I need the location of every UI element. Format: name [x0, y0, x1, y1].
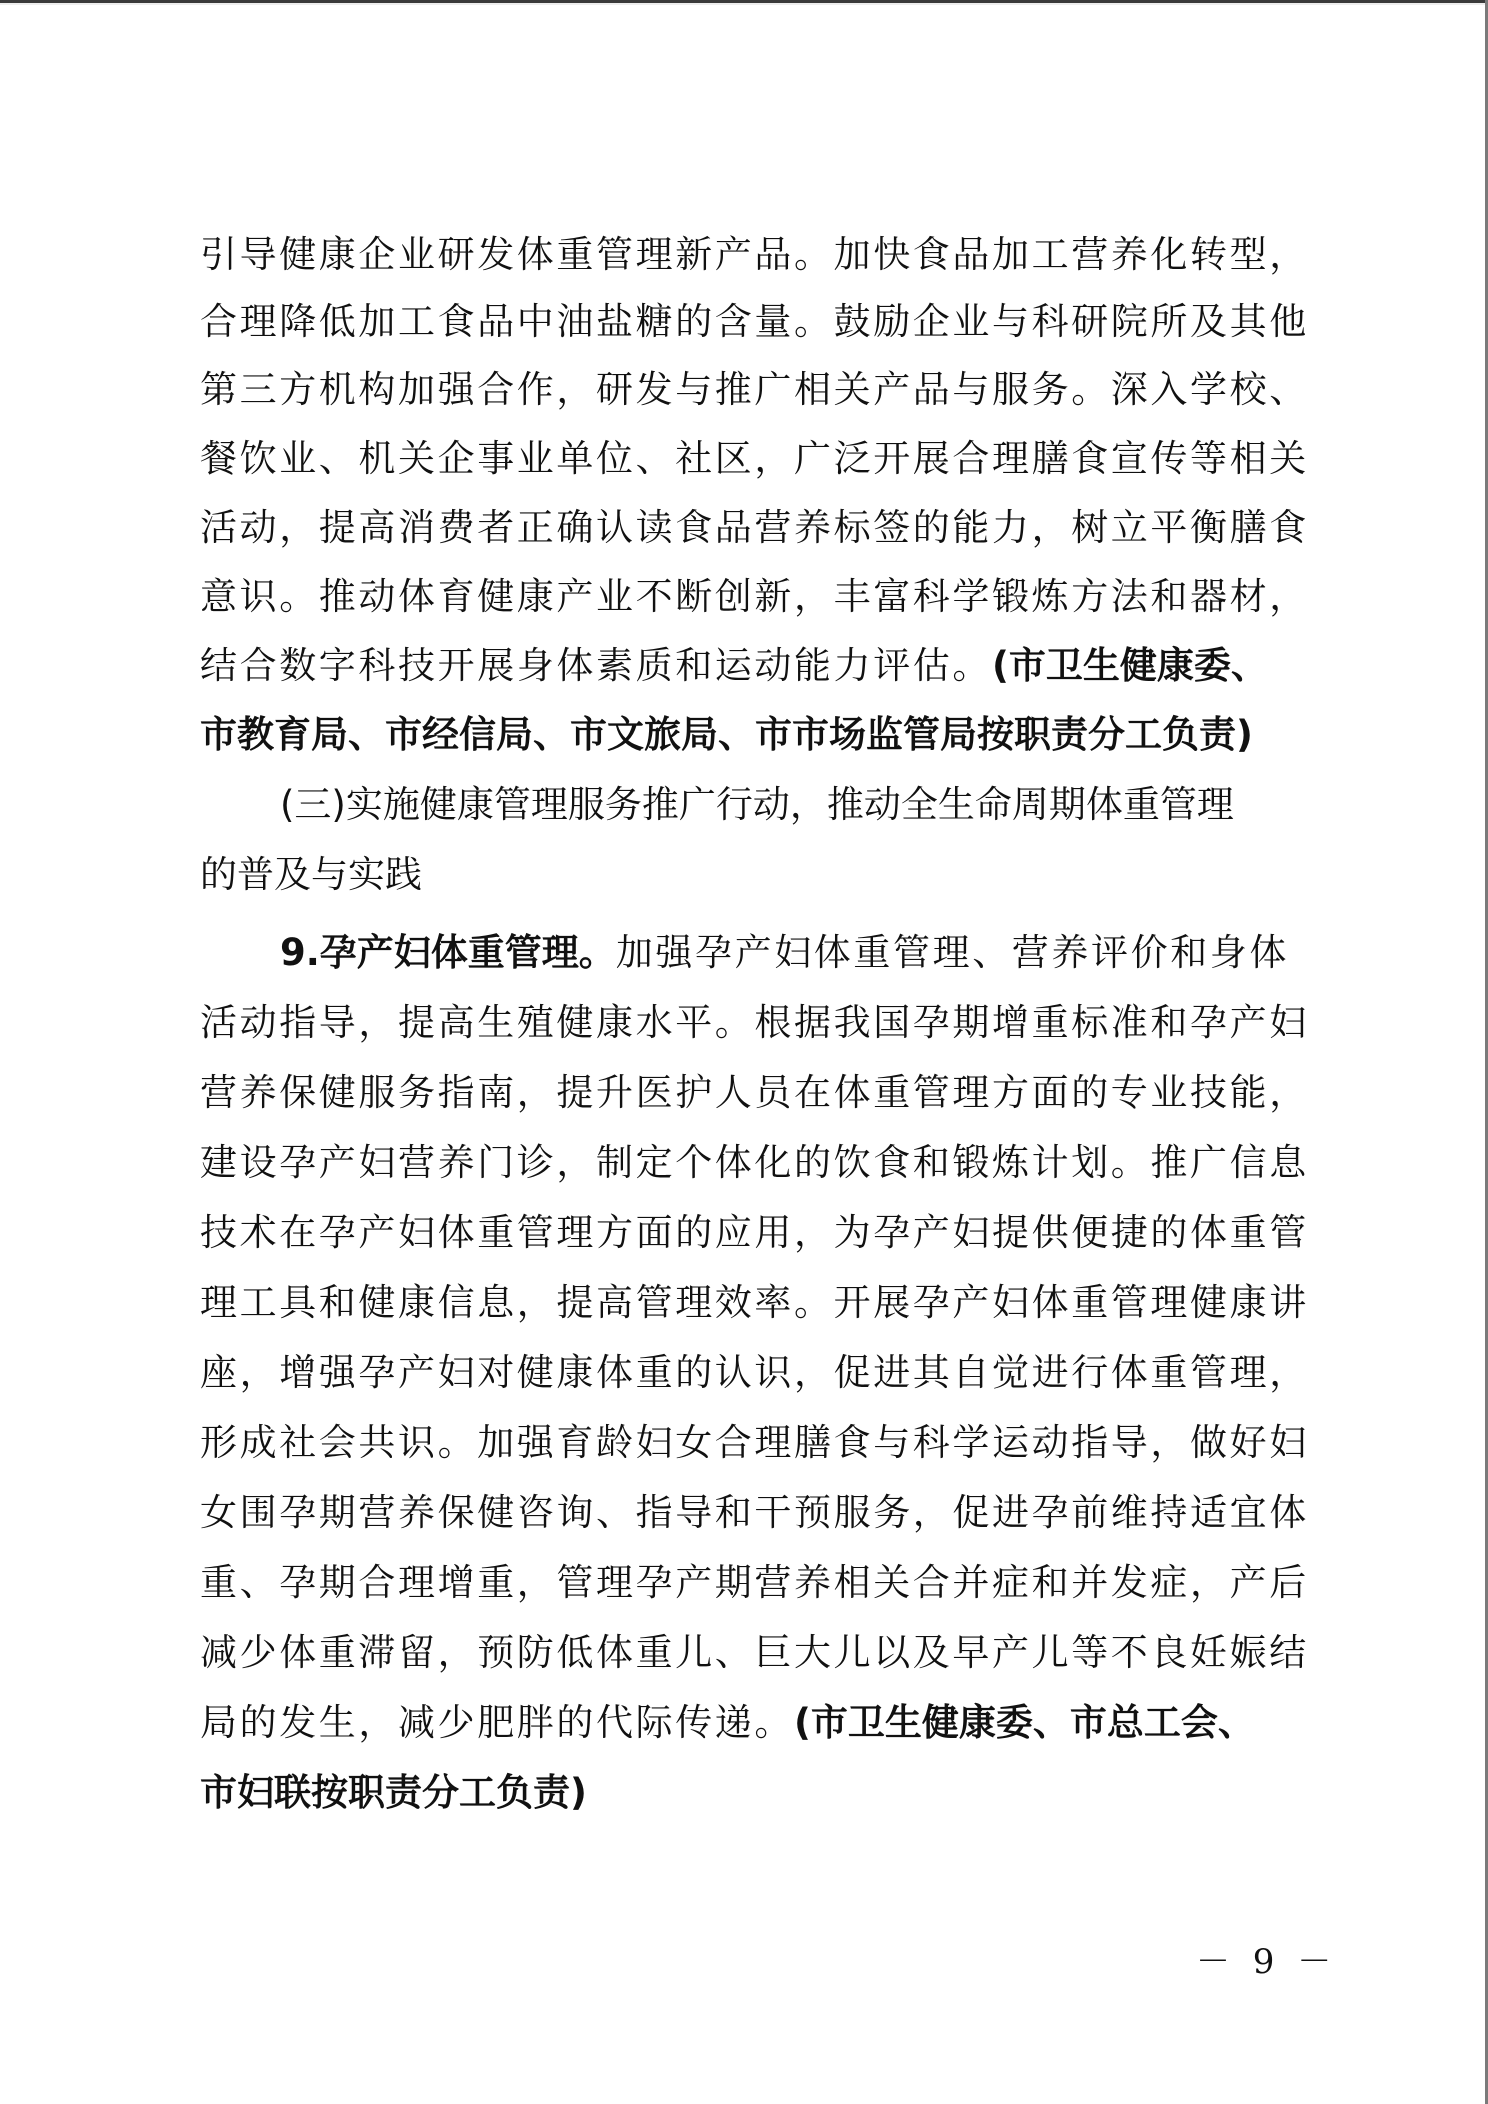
text-segment: 合理降低加工食品中油盐糖的含量。鼓励企业与科研院所及其他 — [200, 300, 1309, 343]
body-line-8: 市教育局、市经信局、市文旅局、市市场监管局按职责分工负责) — [200, 710, 1310, 760]
body-line-19: 女围孕期营养保健咨询、指导和干预服务，促进孕前维持适宜体 — [200, 1488, 1310, 1538]
body-line-21: 减少体重滞留，预防低体重儿、巨大儿以及早产儿等不良妊娠结 — [200, 1628, 1310, 1678]
body-line-14: 建设孕产妇营养门诊，制定个体化的饮食和锻炼计划。推广信息 — [200, 1138, 1310, 1188]
text-segment: 女围孕期营养保健咨询、指导和干预服务，促进孕前维持适宜体 — [200, 1491, 1309, 1534]
item-9-line-1: 9.孕产妇体重管理。加强孕产妇体重管理、营养评价和身体 — [280, 928, 1310, 978]
text-segment: 局的发生，减少肥胖的代际传递。 — [200, 1701, 794, 1744]
section-heading: (三)实施健康管理服务推广行动，推动全生命周期体重管理 — [280, 783, 1234, 826]
text-segment: 活动指导，提高生殖健康水平。根据我国孕期增重标准和孕产妇 — [200, 1001, 1309, 1044]
body-line-2: 合理降低加工食品中油盐糖的含量。鼓励企业与科研院所及其他 — [200, 297, 1310, 347]
responsible-agencies-text: (市卫生健康委、市总工会、 — [794, 1701, 1255, 1744]
section-heading-line-2: 的普及与实践 — [200, 850, 1310, 900]
body-line-13: 营养保健服务指南，提升医护人员在体重管理方面的专业技能， — [200, 1068, 1310, 1118]
text-segment: 建设孕产妇营养门诊，制定个体化的饮食和锻炼计划。推广信息 — [200, 1141, 1309, 1184]
text-segment: 理工具和健康信息，提高管理效率。开展孕产妇体重管理健康讲 — [200, 1281, 1309, 1324]
text-segment: 加强孕产妇体重管理、营养评价和身体 — [616, 931, 1289, 974]
body-line-15: 技术在孕产妇体重管理方面的应用，为孕产妇提供便捷的体重管 — [200, 1208, 1310, 1258]
text-segment: 活动，提高消费者正确认读食品营养标签的能力，树立平衡膳食 — [200, 506, 1309, 549]
text-segment: 重、孕期合理增重，管理孕产期营养相关合并症和并发症，产后 — [200, 1561, 1309, 1604]
document-page: 引导健康企业研发体重管理新产品。加快食品加工营养化转型， 合理降低加工食品中油盐… — [0, 0, 1488, 2104]
body-line-1: 引导健康企业研发体重管理新产品。加快食品加工营养化转型， — [200, 230, 1310, 280]
item-title: 9.孕产妇体重管理。 — [280, 931, 616, 974]
text-segment: 形成社会共识。加强育龄妇女合理膳食与科学运动指导，做好妇 — [200, 1421, 1309, 1464]
text-segment: 技术在孕产妇体重管理方面的应用，为孕产妇提供便捷的体重管 — [200, 1211, 1309, 1254]
responsible-agencies-text: 市教育局、市经信局、市文旅局、市市场监管局按职责分工负责) — [200, 713, 1253, 756]
body-line-7: 结合数字科技开展身体素质和运动能力评估。(市卫生健康委、 — [200, 641, 1310, 691]
body-line-17: 座，增强孕产妇对健康体重的认识，促进其自觉进行体重管理， — [200, 1348, 1310, 1398]
text-segment: 餐饮业、机关企事业单位、社区，广泛开展合理膳食宣传等相关 — [200, 437, 1309, 480]
text-segment: 意识。推动体育健康产业不断创新，丰富科学锻炼方法和器材， — [200, 575, 1309, 618]
body-line-4: 餐饮业、机关企事业单位、社区，广泛开展合理膳食宣传等相关 — [200, 434, 1310, 484]
text-segment: 引导健康企业研发体重管理新产品。加快食品加工营养化转型， — [200, 233, 1309, 276]
section-heading-line-1: (三)实施健康管理服务推广行动，推动全生命周期体重管理 — [280, 780, 1310, 830]
body-line-20: 重、孕期合理增重，管理孕产期营养相关合并症和并发症，产后 — [200, 1558, 1310, 1608]
page-number: － 9 － — [1196, 1940, 1316, 1984]
text-segment: 第三方机构加强合作，研发与推广相关产品与服务。深入学校、 — [200, 368, 1309, 411]
body-line-12: 活动指导，提高生殖健康水平。根据我国孕期增重标准和孕产妇 — [200, 998, 1310, 1048]
text-segment: 座，增强孕产妇对健康体重的认识，促进其自觉进行体重管理， — [200, 1351, 1309, 1394]
responsible-agencies-text: 市妇联按职责分工负责) — [200, 1771, 587, 1814]
section-heading: 的普及与实践 — [200, 853, 422, 896]
body-line-22: 局的发生，减少肥胖的代际传递。(市卫生健康委、市总工会、 — [200, 1698, 1310, 1748]
text-segment: 减少体重滞留，预防低体重儿、巨大儿以及早产儿等不良妊娠结 — [200, 1631, 1309, 1674]
body-line-23: 市妇联按职责分工负责) — [200, 1768, 1310, 1818]
body-line-18: 形成社会共识。加强育龄妇女合理膳食与科学运动指导，做好妇 — [200, 1418, 1310, 1468]
body-line-3: 第三方机构加强合作，研发与推广相关产品与服务。深入学校、 — [200, 365, 1310, 415]
body-line-6: 意识。推动体育健康产业不断创新，丰富科学锻炼方法和器材， — [200, 572, 1310, 622]
body-line-5: 活动，提高消费者正确认读食品营养标签的能力，树立平衡膳食 — [200, 503, 1310, 553]
body-line-16: 理工具和健康信息，提高管理效率。开展孕产妇体重管理健康讲 — [200, 1278, 1310, 1328]
text-segment: 结合数字科技开展身体素质和运动能力评估。 — [200, 644, 992, 687]
text-segment: 营养保健服务指南，提升医护人员在体重管理方面的专业技能， — [200, 1071, 1309, 1114]
responsible-agencies-text: (市卫生健康委、 — [992, 644, 1268, 687]
